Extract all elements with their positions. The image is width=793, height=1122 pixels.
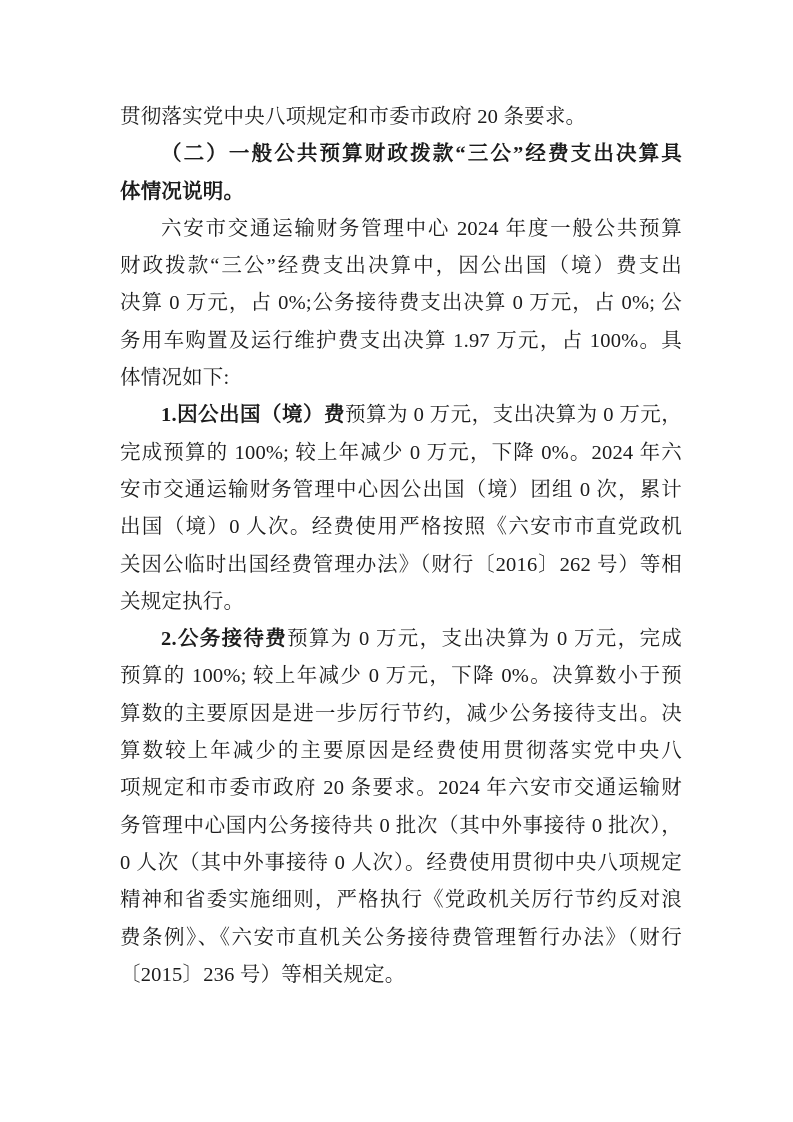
section-heading-line-2: 体情况说明。 <box>120 174 682 211</box>
item2-paragraph-line-9: 费条例》、《六安市直机关公务接待费管理暂行办法》（财行 <box>120 920 682 957</box>
item1-paragraph-line-5: 关因公临时出国经费管理办法》（财行〔2016〕262 号）等相 <box>120 547 682 584</box>
item2-paragraph-line-7: 0 人次（其中外事接待 0 人次）。经费使用贯彻中央八项规定 <box>120 845 682 882</box>
item2-paragraph-line-2: 预算的 100%; 较上年减少 0 万元，下降 0%。决算数小于预 <box>120 658 682 695</box>
item1-paragraph-line-1: 1.因公出国（境）费预算为 0 万元，支出决算为 0 万元， <box>120 397 682 434</box>
item2-paragraph-line-5: 项规定和市委市政府 20 条要求。2024 年六安市交通运输财 <box>120 770 682 807</box>
document-page: 贯彻落实党中央八项规定和市委市政府 20 条要求。 （二）一般公共预算财政拨款“… <box>0 0 793 1122</box>
item1-paragraph-line-6: 关规定执行。 <box>120 584 682 621</box>
item2-paragraph-line-6: 务管理中心国内公务接待共 0 批次（其中外事接待 0 批次）， <box>120 808 682 845</box>
item1-paragraph-line-3: 安市交通运输财务管理中心因公出国（境）团组 0 次，累计 <box>120 472 682 509</box>
item1-line-1-rest: 预算为 0 万元，支出决算为 0 万元， <box>345 404 682 426</box>
overview-paragraph-line-2: 财政拨款“三公”经费支出决算中，因公出国（境）费支出 <box>120 248 682 285</box>
item2-paragraph-line-4: 算数较上年减少的主要原因是经费使用贯彻落实党中央八 <box>120 733 682 770</box>
overview-paragraph-line-5: 体情况如下: <box>120 360 682 397</box>
item2-line-1-rest: 预算为 0 万元，支出决算为 0 万元，完成 <box>287 628 682 650</box>
continuation-line: 贯彻落实党中央八项规定和市委市政府 20 条要求。 <box>120 99 682 136</box>
item2-lead-bold: 2.公务接待费 <box>161 628 287 650</box>
item1-paragraph-line-2: 完成预算的 100%; 较上年减少 0 万元，下降 0%。2024 年六 <box>120 435 682 472</box>
document-text-block: 贯彻落实党中央八项规定和市委市政府 20 条要求。 （二）一般公共预算财政拨款“… <box>120 99 682 994</box>
item2-paragraph-line-3: 算数的主要原因是进一步厉行节约，减少公务接待支出。决 <box>120 696 682 733</box>
overview-paragraph-line-4: 务用车购置及运行维护费支出决算 1.97 万元，占 100%。具 <box>120 323 682 360</box>
item2-paragraph-line-8: 精神和省委实施细则，严格执行《党政机关厉行节约反对浪 <box>120 882 682 919</box>
section-heading-line-1: （二）一般公共预算财政拨款“三公”经费支出决算具 <box>120 136 682 173</box>
item2-paragraph-line-10: 〔2015〕236 号）等相关规定。 <box>120 957 682 994</box>
item1-lead-bold: 1.因公出国（境）费 <box>161 404 345 426</box>
overview-paragraph-line-1: 六安市交通运输财务管理中心 2024 年度一般公共预算 <box>120 211 682 248</box>
item1-paragraph-line-4: 出国（境）0 人次。经费使用严格按照《六安市市直党政机 <box>120 509 682 546</box>
overview-paragraph-line-3: 决算 0 万元，占 0%;公务接待费支出决算 0 万元，占 0%; 公 <box>120 285 682 322</box>
item2-paragraph-line-1: 2.公务接待费预算为 0 万元，支出决算为 0 万元，完成 <box>120 621 682 658</box>
